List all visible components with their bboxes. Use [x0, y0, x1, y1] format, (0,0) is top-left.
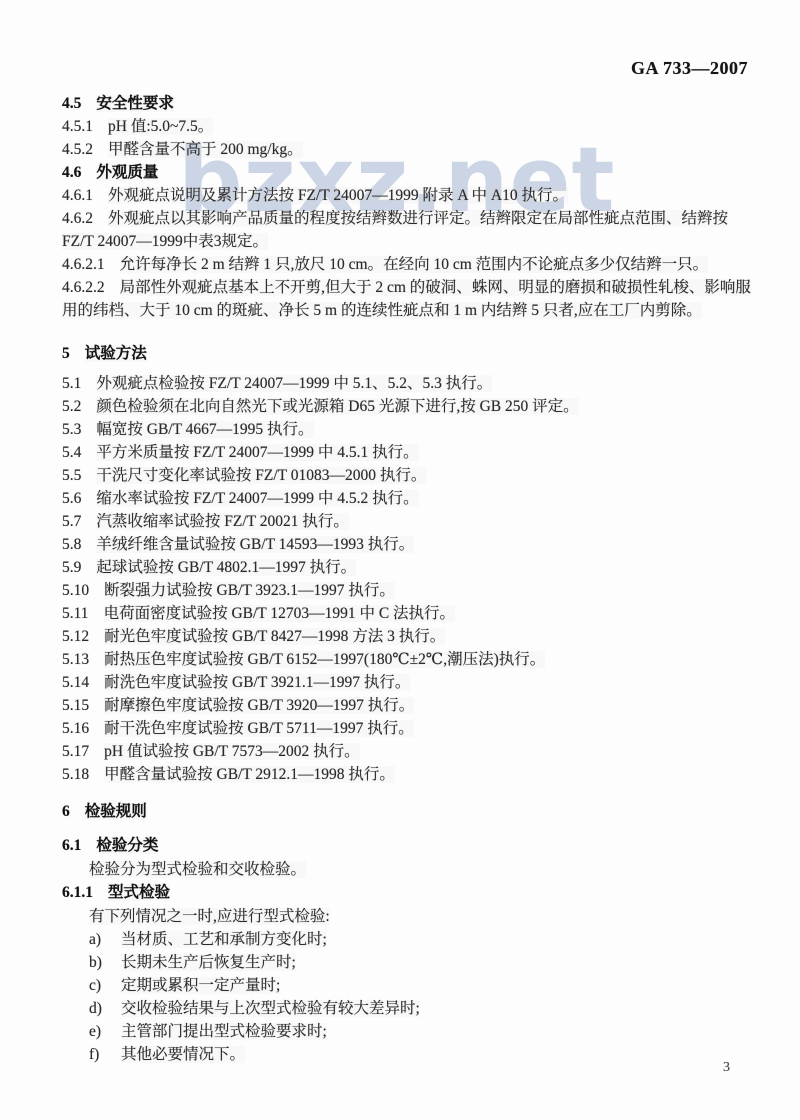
clause-text: 幅宽按 GB/T 4667—1995 执行。	[96, 421, 313, 438]
clause-text: 起球试验按 GB/T 4802.1—1997 执行。	[96, 559, 356, 576]
clause-4-6-2-2-continuation: 用的纬档、大于 10 cm 的斑疵、净长 5 m 的连续性疵点和 1 m 内结辫…	[62, 299, 752, 322]
clause-text: 电荷面密度试验按 GB/T 12703—1991 中 C 法执行。	[104, 605, 456, 622]
clause-number: 4.5	[62, 92, 81, 115]
list-text: 主管部门提出型式检验要求时;	[121, 1023, 327, 1040]
clause-text: 试验方法	[85, 345, 147, 362]
clause-number: 4.6.2.1	[62, 253, 105, 276]
clause-text: 外观疵点说明及累计方法按 FZ/T 24007—1999 附录 A 中 A10 …	[108, 187, 568, 204]
clause-number: 5.4	[62, 441, 81, 464]
clause-5-10: 5.10断裂强力试验按 GB/T 3923.1—1997 执行。	[62, 579, 752, 602]
heading-4-6: 4.6外观质量	[62, 161, 752, 184]
clause-text: 允许每净长 2 m 结辫 1 只,放尺 10 cm。在经向 10 cm 范围内不…	[120, 256, 709, 273]
clause-text: FZ/T 24007—1999中表3规定。	[62, 233, 268, 250]
clause-5-13: 5.13耐热压色牢度试验按 GB/T 6152—1997(180℃±2℃,潮压法…	[62, 648, 752, 671]
clause-text: 外观质量	[96, 164, 158, 181]
clause-number: 5.3	[62, 418, 81, 441]
clause-text: 颜色检验须在北向自然光下或光源箱 D65 光源下进行,按 GB 250 评定。	[96, 398, 578, 415]
clause-text: 耐洗色牢度试验按 GB/T 3921.1—1997 执行。	[104, 674, 410, 691]
document-content: 4.5安全性要求 4.5.1pH 值:5.0~7.5。 4.5.2甲醛含量不高于…	[62, 92, 752, 1066]
clause-number: 5.9	[62, 556, 81, 579]
page-number: 3	[723, 1060, 730, 1076]
clause-number: 5.18	[62, 763, 89, 786]
clause-text: 甲醛含量不高于 200 mg/kg。	[108, 141, 303, 158]
list-item-c: c)定期或累积一定产量时;	[62, 974, 752, 997]
clause-text: 检验分类	[96, 837, 158, 854]
list-marker: a)	[89, 928, 104, 951]
clause-5-14: 5.14耐洗色牢度试验按 GB/T 3921.1—1997 执行。	[62, 671, 752, 694]
clause-5-16: 5.16耐干洗色牢度试验按 GB/T 5711—1997 执行。	[62, 717, 752, 740]
list-text: 交收检验结果与上次型式检验有较大差异时;	[121, 1000, 420, 1017]
list-item-d: d)交收检验结果与上次型式检验有较大差异时;	[62, 997, 752, 1020]
clause-text: 缩水率试验按 FZ/T 24007—1999 中 4.5.2 执行。	[96, 490, 418, 507]
clause-number: 5.5	[62, 464, 81, 487]
clause-4-6-1: 4.6.1外观疵点说明及累计方法按 FZ/T 24007—1999 附录 A 中…	[62, 184, 752, 207]
clause-number: 4.6.2.2	[62, 276, 105, 299]
clause-5-2: 5.2颜色检验须在北向自然光下或光源箱 D65 光源下进行,按 GB 250 评…	[62, 395, 752, 418]
clause-text: 外观疵点以其影响产品质量的程度按结辫数进行评定。结辫限定在局部性疵点范围、结辫按	[108, 210, 728, 227]
clause-text: 检验分为型式检验和交收检验。	[89, 861, 306, 878]
clause-5-15: 5.15耐摩擦色牢度试验按 GB/T 3920—1997 执行。	[62, 694, 752, 717]
clause-number: 5.8	[62, 533, 81, 556]
clause-text: 外观疵点检验按 FZ/T 24007—1999 中 5.1、5.2、5.3 执行…	[96, 375, 492, 392]
list-item-a: a)当材质、工艺和承制方变化时;	[62, 928, 752, 951]
list-marker: b)	[89, 951, 104, 974]
clause-number: 6.1.1	[62, 881, 93, 904]
heading-6-1: 6.1检验分类	[62, 834, 752, 857]
clause-text: 汽蒸收缩率试验按 FZ/T 20021 执行。	[96, 513, 348, 530]
clause-4-5-2: 4.5.2甲醛含量不高于 200 mg/kg。	[62, 138, 752, 161]
clause-5-4: 5.4平方米质量按 FZ/T 24007—1999 中 4.5.1 执行。	[62, 441, 752, 464]
list-item-f: f)其他必要情况下。	[62, 1043, 752, 1066]
heading-6-1-1: 6.1.1型式检验	[62, 881, 752, 904]
clause-number: 5.13	[62, 648, 89, 671]
list-marker: e)	[89, 1020, 104, 1043]
clause-number: 4.6.2	[62, 207, 93, 230]
list-text: 当材质、工艺和承制方变化时;	[121, 931, 327, 948]
clause-number: 5.2	[62, 395, 81, 418]
clause-text: 用的纬档、大于 10 cm 的斑疵、净长 5 m 的连续性疵点和 1 m 内结辫…	[62, 302, 702, 319]
clause-5-11: 5.11电荷面密度试验按 GB/T 12703—1991 中 C 法执行。	[62, 602, 752, 625]
paragraph-6-1: 检验分为型式检验和交收检验。	[62, 858, 752, 881]
clause-5-7: 5.7汽蒸收缩率试验按 FZ/T 20021 执行。	[62, 510, 752, 533]
document-page: bzxz.net GA 733—2007 4.5安全性要求 4.5.1pH 值:…	[0, 0, 800, 1120]
clause-text: 耐热压色牢度试验按 GB/T 6152—1997(180℃±2℃,潮压法)执行。	[104, 651, 545, 668]
clause-number: 6	[62, 800, 70, 823]
clause-number: 5.15	[62, 694, 89, 717]
clause-number: 5.17	[62, 740, 89, 763]
clause-text: 耐干洗色牢度试验按 GB/T 5711—1997 执行。	[104, 720, 414, 737]
clause-5-9: 5.9起球试验按 GB/T 4802.1—1997 执行。	[62, 556, 752, 579]
standard-code: GA 733—2007	[631, 58, 748, 79]
clause-text: 干洗尺寸变化率试验按 FZ/T 01083—2000 执行。	[96, 467, 426, 484]
clause-5-18: 5.18甲醛含量试验按 GB/T 2912.1—1998 执行。	[62, 763, 752, 786]
clause-5-6: 5.6缩水率试验按 FZ/T 24007—1999 中 4.5.2 执行。	[62, 487, 752, 510]
clause-5-5: 5.5干洗尺寸变化率试验按 FZ/T 01083—2000 执行。	[62, 464, 752, 487]
list-marker: c)	[89, 974, 104, 997]
clause-text: pH 值:5.0~7.5。	[108, 118, 213, 135]
list-marker: d)	[89, 997, 104, 1020]
clause-4-6-2-continuation: FZ/T 24007—1999中表3规定。	[62, 230, 752, 253]
clause-text: 型式检验	[108, 884, 170, 901]
clause-number: 5	[62, 342, 70, 365]
clause-number: 4.6	[62, 161, 81, 184]
clause-number: 5.16	[62, 717, 89, 740]
clause-number: 5.14	[62, 671, 89, 694]
clause-text: 安全性要求	[96, 95, 174, 112]
clause-text: 断裂强力试验按 GB/T 3923.1—1997 执行。	[104, 582, 395, 599]
list-marker: f)	[89, 1043, 104, 1066]
clause-text: 耐光色牢度试验按 GB/T 8427—1998 方法 3 执行。	[104, 628, 445, 645]
clause-4-6-2: 4.6.2外观疵点以其影响产品质量的程度按结辫数进行评定。结辫限定在局部性疵点范…	[62, 207, 752, 230]
list-text: 定期或累积一定产量时;	[121, 977, 280, 994]
clause-5-12: 5.12耐光色牢度试验按 GB/T 8427—1998 方法 3 执行。	[62, 625, 752, 648]
clause-number: 4.6.1	[62, 184, 93, 207]
clause-text: 局部性外观疵点基本上不开剪,但大于 2 cm 的破洞、蛛网、明显的磨损和破损性轧…	[120, 279, 751, 296]
clause-text: 检验规则	[85, 803, 147, 820]
clause-5-1: 5.1外观疵点检验按 FZ/T 24007—1999 中 5.1、5.2、5.3…	[62, 372, 752, 395]
clause-5-17: 5.17pH 值试验按 GB/T 7573—2002 执行。	[62, 740, 752, 763]
clause-4-5-1: 4.5.1pH 值:5.0~7.5。	[62, 115, 752, 138]
list-text: 长期未生产后恢复生产时;	[121, 954, 296, 971]
clause-text: 甲醛含量试验按 GB/T 2912.1—1998 执行。	[104, 766, 395, 783]
clause-text: pH 值试验按 GB/T 7573—2002 执行。	[104, 743, 359, 760]
heading-section-5: 5试验方法	[62, 342, 752, 365]
clause-text: 平方米质量按 FZ/T 24007—1999 中 4.5.1 执行。	[96, 444, 418, 461]
clause-4-6-2-2: 4.6.2.2局部性外观疵点基本上不开剪,但大于 2 cm 的破洞、蛛网、明显的…	[62, 276, 752, 299]
clause-number: 5.7	[62, 510, 81, 533]
clause-number: 5.11	[62, 602, 89, 625]
clause-4-6-2-1: 4.6.2.1允许每净长 2 m 结辫 1 只,放尺 10 cm。在经向 10 …	[62, 253, 752, 276]
clause-number: 5.10	[62, 579, 89, 602]
heading-section-6: 6检验规则	[62, 800, 752, 823]
clause-number: 4.5.2	[62, 138, 93, 161]
paragraph-6-1-1: 有下列情况之一时,应进行型式检验:	[62, 905, 752, 928]
clause-number: 5.6	[62, 487, 81, 510]
clause-text: 耐摩擦色牢度试验按 GB/T 3920—1997 执行。	[104, 697, 414, 714]
clause-number: 5.1	[62, 372, 81, 395]
clause-5-8: 5.8羊绒纤维含量试验按 GB/T 14593—1993 执行。	[62, 533, 752, 556]
heading-4-5: 4.5安全性要求	[62, 92, 752, 115]
clause-text: 羊绒纤维含量试验按 GB/T 14593—1993 执行。	[96, 536, 414, 553]
list-item-e: e)主管部门提出型式检验要求时;	[62, 1020, 752, 1043]
list-text: 其他必要情况下。	[121, 1046, 245, 1063]
list-item-b: b)长期未生产后恢复生产时;	[62, 951, 752, 974]
clause-text: 有下列情况之一时,应进行型式检验:	[89, 908, 330, 925]
clause-5-3: 5.3幅宽按 GB/T 4667—1995 执行。	[62, 418, 752, 441]
clause-number: 6.1	[62, 834, 81, 857]
clause-number: 4.5.1	[62, 115, 93, 138]
clause-number: 5.12	[62, 625, 89, 648]
